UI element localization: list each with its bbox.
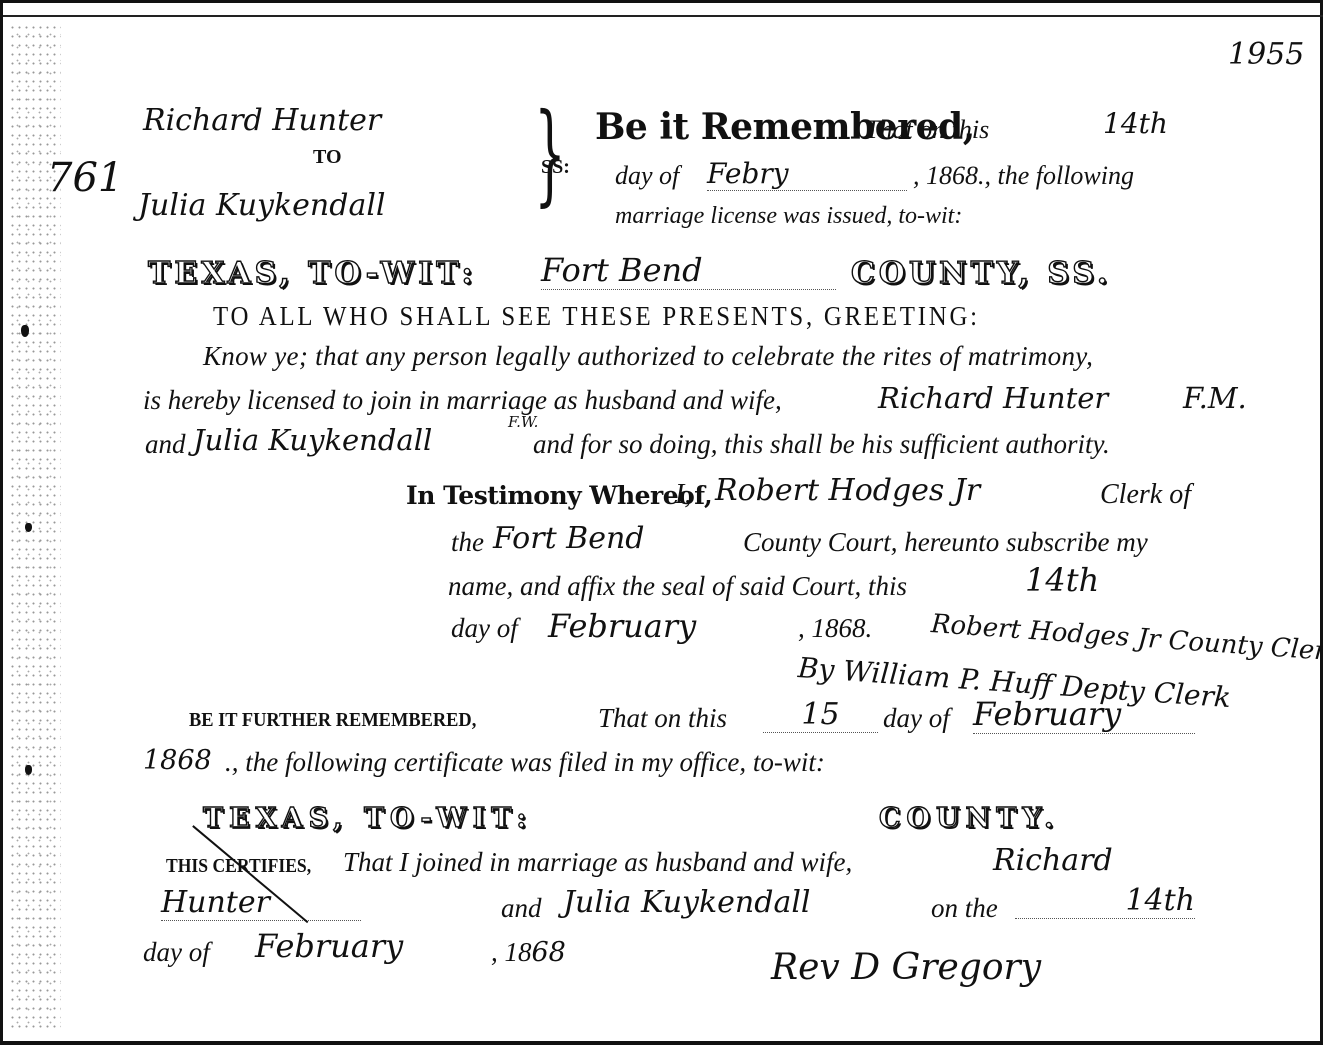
officiant-signature: Rev D Gregory [771,947,1041,988]
certificate-line-1: That I joined in marriage as husband and… [343,847,852,878]
the-label: the [451,527,484,558]
the-following-label: ., the following [978,161,1134,190]
certificate-groom-first: Richard [993,843,1113,878]
testimony-year: , 1868. [798,613,872,644]
license-body-line-3: and for so doing, this shall be his suff… [533,429,1110,460]
bride-name-header: Julia Kuykendall [138,188,386,223]
testimony-heading: In Testimony Whereof, [406,481,712,510]
top-rule [3,15,1323,17]
ink-blot [21,325,29,337]
testimony-month: February [548,607,696,645]
curly-brace: } [534,98,566,208]
seal-line: name, and affix the seal of said Court, … [448,571,907,602]
i-label: I, [675,479,691,511]
license-body-line-2: is hereby licensed to join in marriage a… [143,385,782,416]
that-on-this-label: That on this [865,115,989,145]
certificate-month: February [255,927,403,965]
greeting-line: TO ALL WHO SHALL SEE THESE PRESENTS, GRE… [213,301,980,332]
certificate-year: , 1868 [491,937,566,968]
filing-day: 15 [763,697,878,733]
court-line: County Court, hereunto subscribe my [743,527,1148,558]
testimony-county-name: Fort Bend [493,521,645,556]
certificate-county-heading: COUNTY. [879,803,1060,834]
clerk-of-label: Clerk of [1100,479,1191,511]
certificate-day: 14th [1015,883,1195,919]
certificate-year-suffix: 68 [532,937,566,968]
record-number: 761 [47,155,123,201]
groom-name-header: Richard Hunter [143,103,381,138]
issue-month: Febry [707,157,907,191]
page-number: 1955 [1228,37,1304,72]
certificate-bride-name: Julia Kuykendall [563,885,811,920]
ink-blot [25,765,32,775]
filing-line-2: ., the following certificate was filed i… [225,747,825,778]
certificate-and-label: and [501,893,542,924]
clerk-signature: Robert Hodges Jr County Clerk [930,609,1323,668]
license-bride-name: Julia Kuykendall [193,423,432,457]
ss-label: SS: [541,156,570,179]
license-body-line-1: Know ye; that any person legally authori… [203,341,1093,372]
issue-year-suffix: 68 [952,161,978,190]
year-prefix: , 18 [913,161,952,190]
filing-day-of: day of [883,703,950,734]
ink-blot [25,523,32,532]
license-issued-line: marriage license was issued, to-wit: [615,203,962,230]
testimony-day-of-label: day of [451,613,518,644]
testimony-day: 14th [1025,561,1099,599]
license-groom-name: Richard Hunter [878,381,1108,415]
filing-that-on-this: That on this [598,703,727,734]
certificate-on-the: on the [931,893,998,924]
certificate-year-prefix: , 18 [491,937,532,967]
day-of-label: day of [615,161,679,191]
and-label: and [145,429,186,460]
issue-day: 14th [1103,107,1168,140]
texas-to-wit-heading: TEXAS, TO-WIT: [148,256,477,291]
to-connector: TO [313,146,342,169]
filing-month: February [973,695,1195,734]
certificate-texas-heading: TEXAS, TO-WIT: [203,803,532,834]
clerk-name: Robert Hodges Jr [715,473,980,508]
filing-year: 1868 [143,745,212,776]
groom-annotation: F.M. [1183,381,1247,415]
certificate-groom-last: Hunter [161,885,361,921]
county-ss-heading: COUNTY, SS. [851,256,1111,291]
certificate-day-of: day of [143,937,210,968]
further-remembered-heading: BE IT FURTHER REMEMBERED, [189,709,476,732]
this-certifies-heading: THIS CERTIFIES, [166,855,311,878]
marriage-record-page: 1955 761 Richard Hunter TO Julia Kuykend… [0,0,1323,1045]
county-name: Fort Bend [541,251,836,290]
year-line: , 1868., the following [913,161,1134,191]
